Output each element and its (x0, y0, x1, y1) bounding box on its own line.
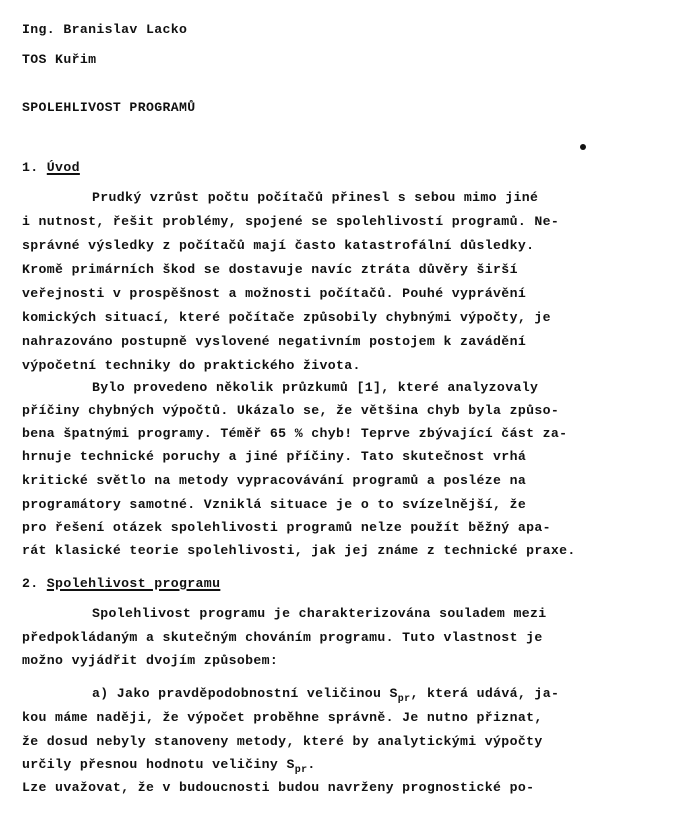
section-2-number: 2. (22, 576, 39, 591)
paragraph-line: nahrazováno postupně vyslovené negativní… (22, 334, 526, 350)
document-title: SPOLEHLIVOST PROGRAMŮ (22, 100, 196, 116)
paragraph-line: příčiny chybných výpočtů. Ukázalo se, že… (22, 403, 559, 419)
subscript: pr (398, 694, 411, 705)
paragraph-line: Bylo provedeno několik průzkumů [1], kte… (92, 380, 538, 396)
paragraph-line: Prudký vzrůst počtu počítačů přinesl s s… (92, 190, 538, 206)
paragraph-line: správné výsledky z počítačů mají často k… (22, 238, 534, 254)
section-2-heading: 2. Spolehlivost programu (22, 576, 220, 592)
item-a-line: a) Jako pravděpodobnostní veličinou Spr,… (92, 686, 559, 702)
section-1-heading: 1. Úvod (22, 160, 80, 176)
subscript: pr (295, 765, 308, 776)
item-a-text: . (307, 757, 315, 772)
paragraph-line: kritické světlo na metody vypracovávání … (22, 473, 526, 489)
paragraph-line: výpočetní techniky do praktického života… (22, 358, 361, 374)
paragraph-line: Kromě primárních škod se dostavuje navíc… (22, 262, 518, 278)
item-a-line: že dosud nebyly stanoveny metody, které … (22, 734, 543, 750)
paragraph-line: Spolehlivost programu je charakterizován… (92, 606, 547, 622)
paragraph-line: hrnuje technické poruchy a jiné příčiny.… (22, 449, 526, 465)
affiliation: TOS Kuřim (22, 52, 96, 68)
section-2-title: Spolehlivost programu (47, 576, 221, 591)
paragraph-line: bena špatnými programy. Téměř 65 % chyb!… (22, 426, 567, 442)
paragraph-line: rát klasické teorie spolehlivosti, jak j… (22, 543, 576, 559)
item-a-line: určily přesnou hodnotu veličiny Spr. (22, 757, 316, 773)
paragraph-line: možno vyjádřit dvojím způsobem: (22, 653, 278, 669)
paragraph-line: komických situací, které počítače způsob… (22, 310, 551, 326)
item-a-text: a) Jako pravděpodobnostní veličinou S (92, 686, 398, 701)
item-a-line: kou máme naději, že výpočet proběhne spr… (22, 710, 543, 726)
item-a-line: Lze uvažovat, že v budoucnosti budou nav… (22, 780, 534, 796)
ink-speck (580, 144, 586, 150)
paragraph-line: předpokládaným a skutečným chováním prog… (22, 630, 543, 646)
section-1-title: Úvod (47, 160, 80, 175)
paragraph-line: pro řešení otázek spolehlivosti programů… (22, 520, 551, 536)
author-name: Ing. Branislav Lacko (22, 22, 187, 38)
paragraph-line: i nutnost, řešit problémy, spojené se sp… (22, 214, 559, 230)
item-a-text: určily přesnou hodnotu veličiny S (22, 757, 295, 772)
paragraph-line: programátory samotné. Vzniklá situace je… (22, 497, 526, 513)
item-a-text: , která udává, ja- (410, 686, 559, 701)
section-1-number: 1. (22, 160, 39, 175)
paragraph-line: veřejnosti v prospěšnost a možnosti počí… (22, 286, 526, 302)
document-page: Ing. Branislav Lacko TOS Kuřim SPOLEHLIV… (0, 0, 679, 816)
